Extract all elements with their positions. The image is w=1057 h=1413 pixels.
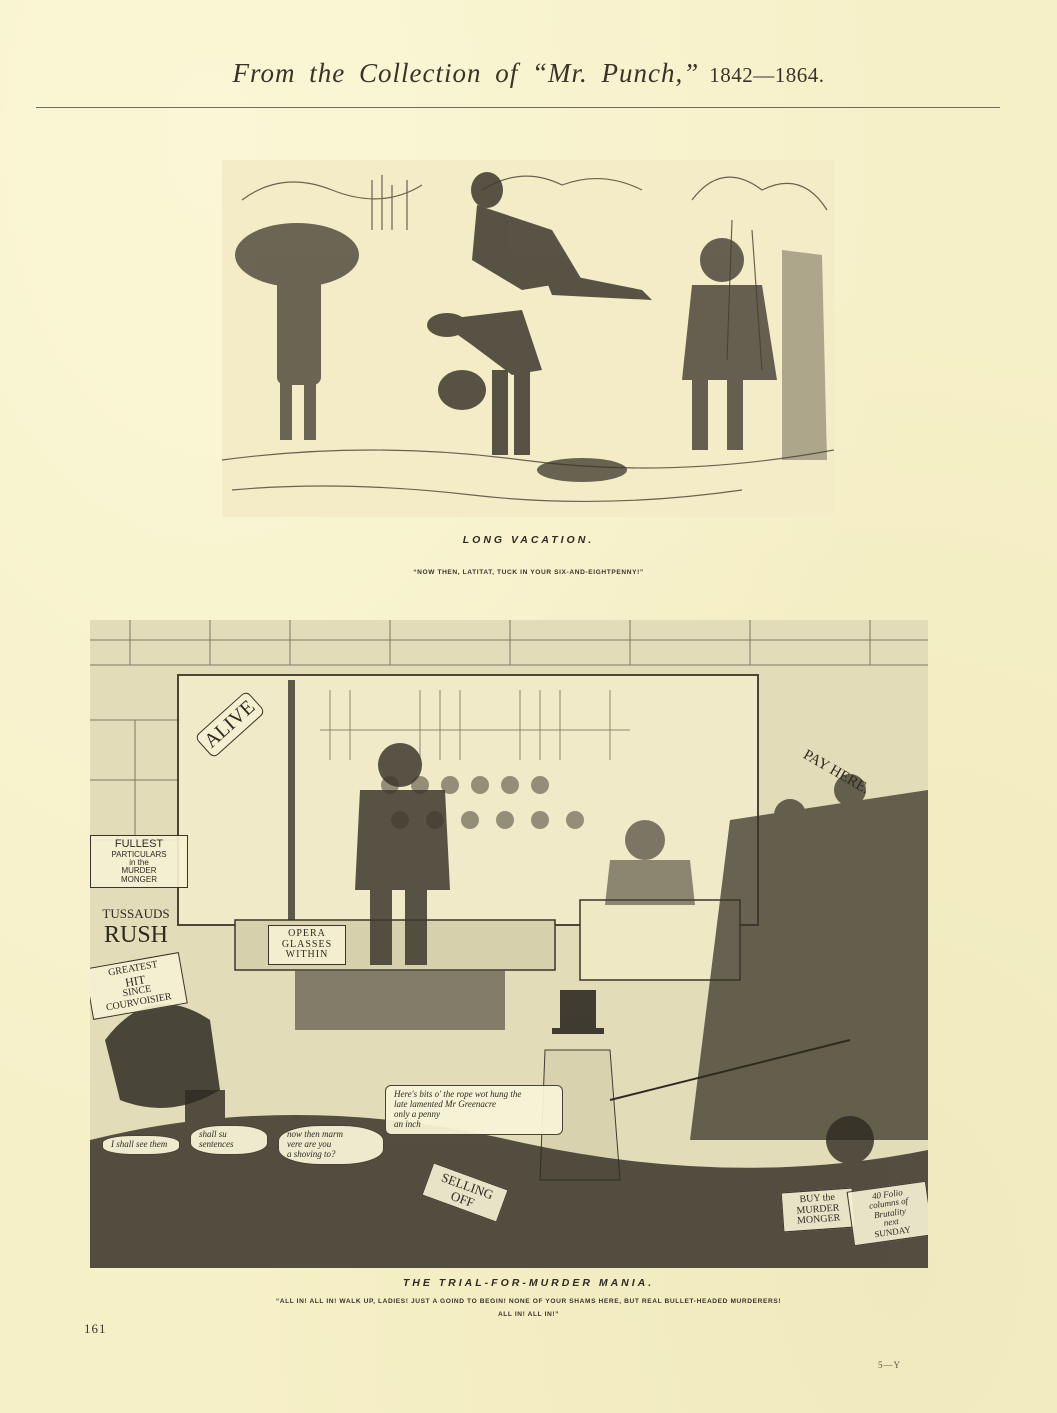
page-number: 161 xyxy=(84,1321,107,1337)
illustration-long-vacation xyxy=(222,160,834,517)
sign-opera-glasses: OPERA GLASSES WITHIN xyxy=(268,925,346,965)
illustration-trial-for-murder-mania: ALIVE PAY HERE. FULLEST PARTICULARS in t… xyxy=(90,620,928,1268)
speech-bubble-left: I shall see them xyxy=(102,1135,180,1155)
sign-buy-the-murder-monger: BUY the MURDER MONGER xyxy=(781,1188,856,1232)
sign-line: WITHIN xyxy=(273,950,341,961)
sign-line: MONGER xyxy=(95,876,183,884)
cartoon-quote-line-2: ALL IN! ALL IN!” xyxy=(0,1311,1057,1318)
running-head: From the Collection of “Mr. Punch,”1842—… xyxy=(0,58,1057,89)
cartoon-quote: “NOW THEN, LATITAT, TUCK IN YOUR SIX-AND… xyxy=(0,569,1057,576)
cartoon-quote-line-1: “ALL IN! ALL IN! WALK UP, LADIES! JUST A… xyxy=(0,1298,1057,1305)
sign-fullest-particulars: FULLEST PARTICULARS in the MURDER MONGER xyxy=(90,835,188,888)
sign-line: FULLEST xyxy=(95,839,183,851)
running-head-years: 1842—1864. xyxy=(709,63,824,87)
speech-bubble-middle: shall su sentences xyxy=(190,1125,268,1155)
speech-rope-vendor: Here's bits o' the rope wot hung the lat… xyxy=(385,1085,563,1135)
book-page: From the Collection of “Mr. Punch,”1842—… xyxy=(0,0,1057,1413)
sign-line: MONGER xyxy=(787,1213,850,1228)
running-head-title: From the Collection of “Mr. Punch,” xyxy=(233,58,700,88)
cartoon-title: LONG VACATION. xyxy=(0,534,1057,546)
sign-line: OPERA xyxy=(273,929,341,940)
header-rule xyxy=(36,107,1000,108)
speech-line: a shoving to? xyxy=(287,1150,375,1160)
sign-rush: RUSH xyxy=(90,920,182,951)
cartoon-title: THE TRIAL-FOR-MURDER MANIA. xyxy=(0,1277,1057,1289)
speech-bubble-right: now then marm vere are you a shoving to? xyxy=(278,1125,384,1165)
printer-signature-mark: 5—Y xyxy=(878,1360,901,1370)
speech-line: an inch xyxy=(394,1120,554,1130)
sign-forty-folio-columns: 40 Folio columns of Brutality next SUNDA… xyxy=(847,1181,928,1247)
engraving-long-vacation-icon xyxy=(222,160,834,517)
